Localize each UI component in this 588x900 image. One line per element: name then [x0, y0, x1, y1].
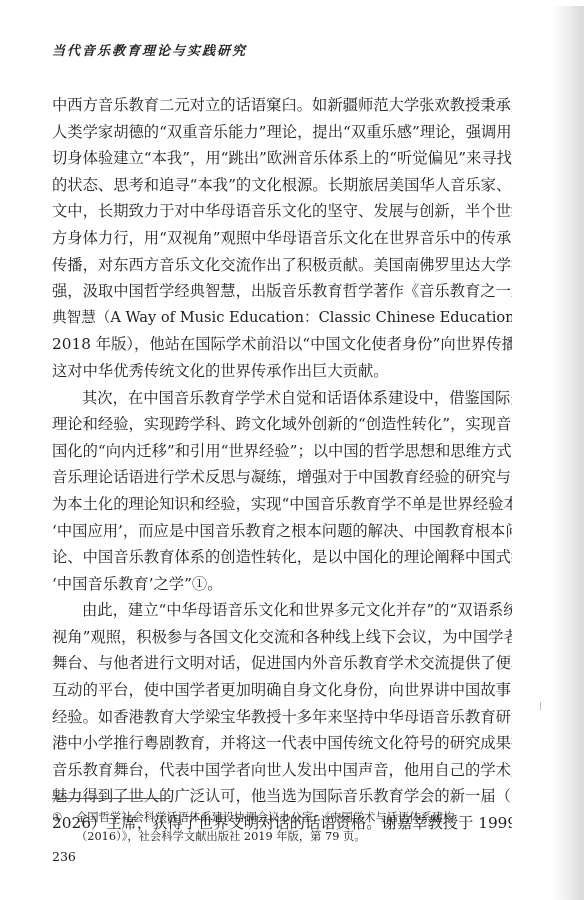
text-line: 方身体力行，用“双视角”观照中华母语音乐文化在世界音乐中的传承、弘扬与: [52, 225, 512, 252]
text-line: 视角”观照，积极参与各国文化交流和各种线上线下会议，为中国学者走向世界: [52, 624, 512, 651]
text-line: 2018 年版），他站在国际学术前沿以“中国文化使者身份”向世界传播中国智慧，: [52, 331, 512, 358]
text-line: 港中小学推行粤剧教育，并将这一代表中国传统文化符号的研究成果推向世界: [52, 730, 512, 757]
footnote-divider: [52, 798, 170, 799]
paragraph-start: 由此，建立“中华母语音乐文化和世界多元文化并存”的“双语系统”和“双: [52, 597, 512, 624]
text-line: 中西方音乐教育二元对立的话语窠臼。如新疆师范大学张欢教授秉承美国音乐: [52, 92, 512, 119]
page-number: 236: [52, 849, 76, 864]
text-line: 为本土化的理论知识和经验，实现“中国音乐教育学不单是世界经验本土化的: [52, 491, 512, 518]
footnote-marker: ①: [52, 808, 62, 827]
text-line: 切身体验建立“本我”，用“跳出”欧洲音乐体系上的“听觉偏见”来寻找“超我”: [52, 145, 512, 172]
running-header: 当代音乐教育理论与实践研究: [52, 40, 247, 59]
main-text: 中西方音乐教育二元对立的话语窠臼。如新疆师范大学张欢教授秉承美国音乐 人类学家胡…: [52, 92, 512, 837]
text-line: ‘中国应用’，而应是中国音乐教育之根本问题的解决、中国教育根本问题之理: [52, 518, 512, 545]
text-line: 传播，对东西方音乐文化交流作出了积极贡献。美国南佛罗里达大学教授冯志: [52, 252, 512, 279]
text-line: ‘中国音乐教育’之学”①。: [52, 571, 512, 598]
scan-artifact: [540, 702, 541, 710]
footnote: ① 全国哲学社会科学话语体系建设协调会议办公室：《中国学术与话语体系建构（201…: [52, 808, 512, 846]
footnote-text: 全国哲学社会科学话语体系建设协调会议办公室：《中国学术与话语体系建构（2016）…: [76, 808, 512, 846]
text-line: 舞台、与他者进行文明对话，促进国内外音乐教育学术交流提供了便利的机会和: [52, 650, 512, 677]
text-line: 经验。如香港教育大学梁宝华教授十多年来坚持中华母语音乐教育研究，在香: [52, 704, 512, 731]
text-line: 国化的“向内迁移”和引用“世界经验”；以中国的哲学思想和思维方式，对西方: [52, 438, 512, 465]
text-line: 互动的平台，使中国学者更加明确自身文化身份，向世界讲中国故事，分享中国: [52, 677, 512, 704]
text-line: 魅力得到了世人的广泛认可，他当选为国际音乐教育学会的新一届（2022—: [52, 783, 512, 810]
text-line: 强，汲取中国哲学经典智慧，出版音乐教育哲学著作《音乐教育之一道：中国经: [52, 278, 512, 305]
text-line: 的状态、思考和追寻“本我”的文化根源。长期旅居美国华人音乐家、作曲家周: [52, 172, 512, 199]
text-line: 文中，长期致力于对中华母语音乐文化的坚守、发展与创新，半个世纪以来在西: [52, 198, 512, 225]
text-line: 这对中华优秀传统文化的世界传承作出巨大贡献。: [52, 358, 512, 385]
text-line: 人类学家胡德的“双重音乐能力”理论，提出“双重乐感”理论，强调用“融人”的: [52, 119, 512, 146]
paragraph-start: 其次，在中国音乐教育学学术自觉和话语体系建设中，借鉴国际先进的教育: [52, 385, 512, 412]
scan-edge-shadow: [552, 6, 588, 900]
text-line: 音乐理论话语进行学术反思与凝练，增强对于中国教育经验的研究与体认，提升: [52, 464, 512, 491]
text-line: 论、中国音乐教育体系的创造性转化，是以中国化的理论阐释中国式经验，是: [52, 544, 512, 571]
text-line: 典智慧（A Way of Music Education：Classic Chi…: [52, 305, 512, 332]
text-line: 音乐教育舞台，代表中国学者向世人发出中国声音，他用自己的学术成就和人格: [52, 757, 512, 784]
text-line: 理论和经验，实现跨学科、跨文化域外创新的“创造性转化”，实现音乐教育学中: [52, 411, 512, 438]
